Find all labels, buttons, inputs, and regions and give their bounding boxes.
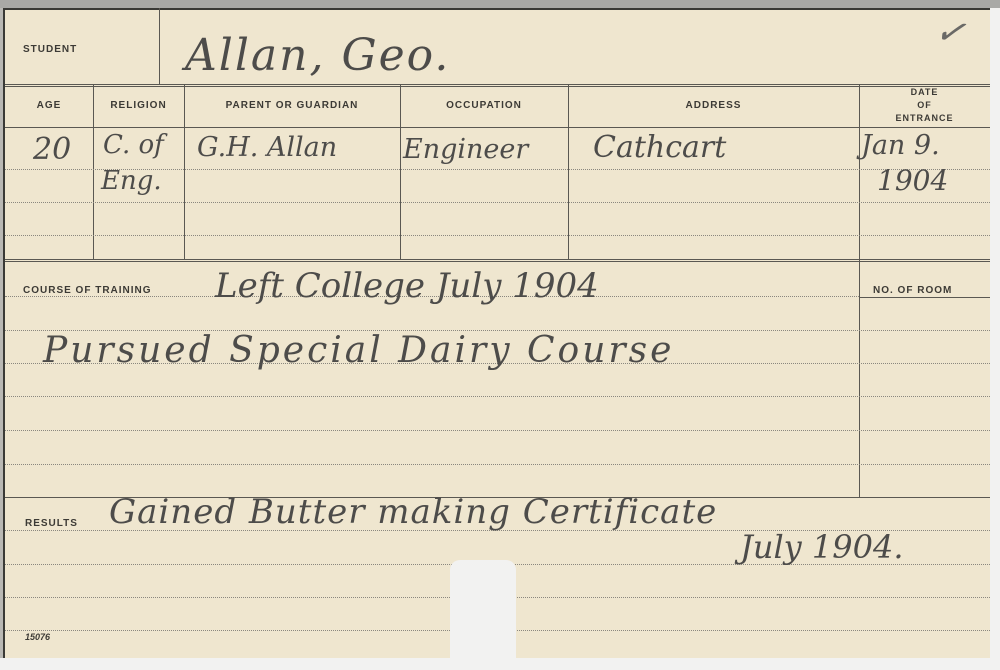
col-header-religion: RELIGION: [93, 100, 184, 111]
check-mark-icon: ✓: [932, 10, 969, 56]
course-of-training-label: COURSE OF TRAINING: [23, 285, 152, 296]
col-header-date-1: DATE: [859, 87, 990, 97]
col-header-age: AGE: [5, 100, 93, 111]
col-header-parent: PARENT OR GUARDIAN: [184, 100, 400, 111]
student-name: Allan, Geo.: [185, 30, 450, 81]
student-label: STUDENT: [23, 44, 77, 55]
ruled-line: [5, 235, 990, 236]
column-header-divider: [5, 127, 990, 128]
age-value: 20: [33, 132, 71, 167]
room-number-label: No. OF ROOM: [873, 285, 952, 296]
col-divider-address: [859, 84, 860, 259]
room-column-divider: [859, 259, 860, 497]
col-header-date-3: ENTRANCE: [859, 113, 990, 123]
form-number: 15076: [25, 632, 50, 642]
col-header-address: ADDRESS: [568, 100, 859, 111]
card-top-border: [5, 8, 990, 10]
religion-value-2: Eng.: [101, 166, 162, 196]
parent-value: G.H. Allan: [197, 132, 337, 163]
card-file-notch: [450, 560, 516, 670]
ruled-line: [5, 396, 990, 397]
results-line-2: July 1904.: [740, 528, 904, 566]
student-row-divider: [5, 84, 990, 87]
student-label-divider: [159, 8, 160, 84]
scan-top-edge: [0, 0, 1000, 8]
ruled-line: [5, 464, 990, 465]
ruled-line: [5, 430, 990, 431]
address-value: Cathcart: [593, 130, 726, 165]
date-value-2: 1904: [877, 164, 948, 197]
col-header-date-2: OF: [859, 100, 990, 110]
religion-value-1: C. of: [103, 130, 164, 160]
occupation-value: Engineer: [403, 134, 528, 165]
room-label-underline: [859, 297, 990, 298]
col-header-occupation: OCCUPATION: [400, 100, 568, 111]
training-divider: [5, 259, 990, 262]
ruled-line: [5, 202, 990, 203]
training-line-1: Left College July 1904: [215, 266, 599, 306]
results-label: RESULTS: [25, 518, 78, 529]
results-line-1: Gained Butter making Certificate: [109, 492, 717, 532]
date-value-1: Jan 9.: [861, 130, 940, 161]
training-line-2: Pursued Special Dairy Course: [43, 330, 674, 371]
